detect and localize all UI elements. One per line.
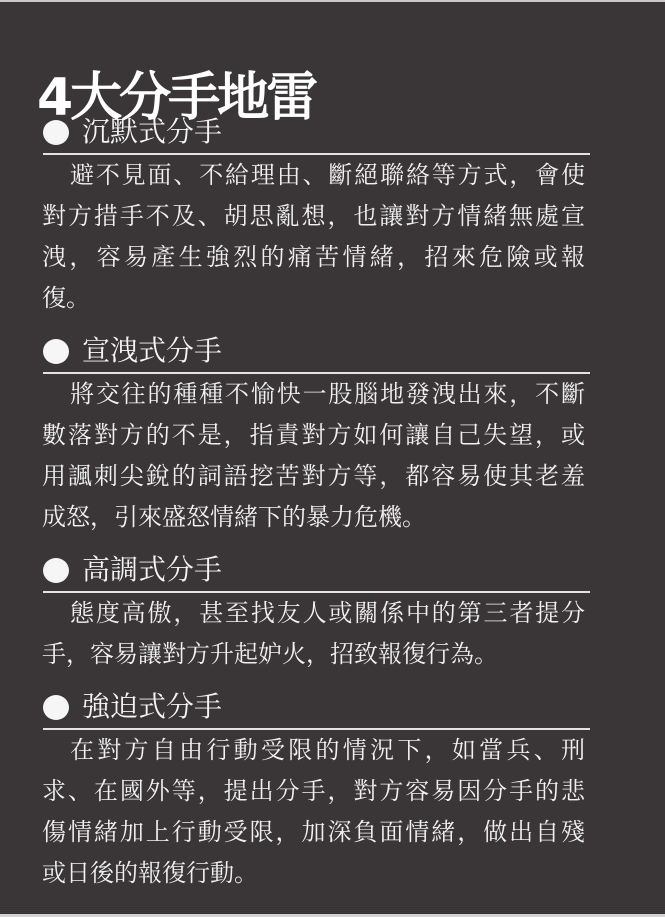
section-heading-text: 宣洩式分手 <box>82 330 222 372</box>
section-forced-breakup: 強迫式分手 在對方自由行動受限的情況下，如當兵、刑 求、在國外等，提出分手，對方… <box>42 686 592 894</box>
section-heading-text: 沉默式分手 <box>82 111 222 153</box>
section-heading: 宣洩式分手 <box>42 330 592 372</box>
section-silent-breakup: 沉默式分手 避不見面、不給理由、斷絕聯絡等方式，會使 對方措手不及、胡思亂想，也… <box>42 111 592 319</box>
body-line: 復。 <box>42 278 585 319</box>
top-border-strip <box>0 0 665 2</box>
body-line: 在對方自由行動受限的情況下，如當兵、刑 <box>42 730 585 771</box>
article-content: 沉默式分手 避不見面、不給理由、斷絕聯絡等方式，會使 對方措手不及、胡思亂想，也… <box>42 111 592 894</box>
section-heading-text: 強迫式分手 <box>82 686 222 728</box>
bottom-shade-band <box>0 906 665 914</box>
body-line: 態度高傲，甚至找友人或關係中的第三者提分 <box>42 593 585 634</box>
section-body: 避不見面、不給理由、斷絕聯絡等方式，會使 對方措手不及、胡思亂想，也讓對方情緒無… <box>42 155 585 319</box>
section-venting-breakup: 宣洩式分手 將交往的種種不愉快一股腦地發洩出來，不斷 數落對方的不是，指責對方如… <box>42 330 592 538</box>
body-line: 對方措手不及、胡思亂想，也讓對方情緒無處宣 <box>42 196 585 237</box>
bullet-circle-icon <box>43 695 69 720</box>
section-body: 態度高傲，甚至找友人或關係中的第三者提分 手，容易讓對方升起妒火，招致報復行為。 <box>42 593 585 675</box>
body-line: 成怒，引來盛怒情緒下的暴力危機。 <box>42 497 585 538</box>
section-heading-text: 高調式分手 <box>82 549 222 591</box>
body-line: 將交往的種種不愉快一股腦地發洩出來，不斷 <box>42 374 585 415</box>
body-line: 傷情緒加上行動受限，加深負面情緒，做出自殘 <box>42 812 585 853</box>
bullet-circle-icon <box>43 339 69 364</box>
body-line: 洩，容易產生強烈的痛苦情緒，招來危險或報 <box>42 237 585 278</box>
section-heading: 強迫式分手 <box>42 686 592 728</box>
bullet-circle-icon <box>43 558 69 583</box>
body-line: 手，容易讓對方升起妒火，招致報復行為。 <box>42 634 585 675</box>
body-line: 或日後的報復行動。 <box>42 853 585 894</box>
body-line: 用諷刺尖銳的詞語挖苦對方等，都容易使其老羞 <box>42 456 585 497</box>
body-line: 避不見面、不給理由、斷絕聯絡等方式，會使 <box>42 155 585 196</box>
body-line: 求、在國外等，提出分手，對方容易因分手的悲 <box>42 771 585 812</box>
section-heading: 沉默式分手 <box>42 111 592 153</box>
body-line: 數落對方的不是，指責對方如何讓自己失望，或 <box>42 415 585 456</box>
bullet-circle-icon <box>43 120 69 145</box>
section-body: 在對方自由行動受限的情況下，如當兵、刑 求、在國外等，提出分手，對方容易因分手的… <box>42 730 585 894</box>
section-heading: 高調式分手 <box>42 549 592 591</box>
section-body: 將交往的種種不愉快一股腦地發洩出來，不斷 數落對方的不是，指責對方如何讓自己失望… <box>42 374 585 538</box>
section-high-profile-breakup: 高調式分手 態度高傲，甚至找友人或關係中的第三者提分 手，容易讓對方升起妒火，招… <box>42 549 592 675</box>
